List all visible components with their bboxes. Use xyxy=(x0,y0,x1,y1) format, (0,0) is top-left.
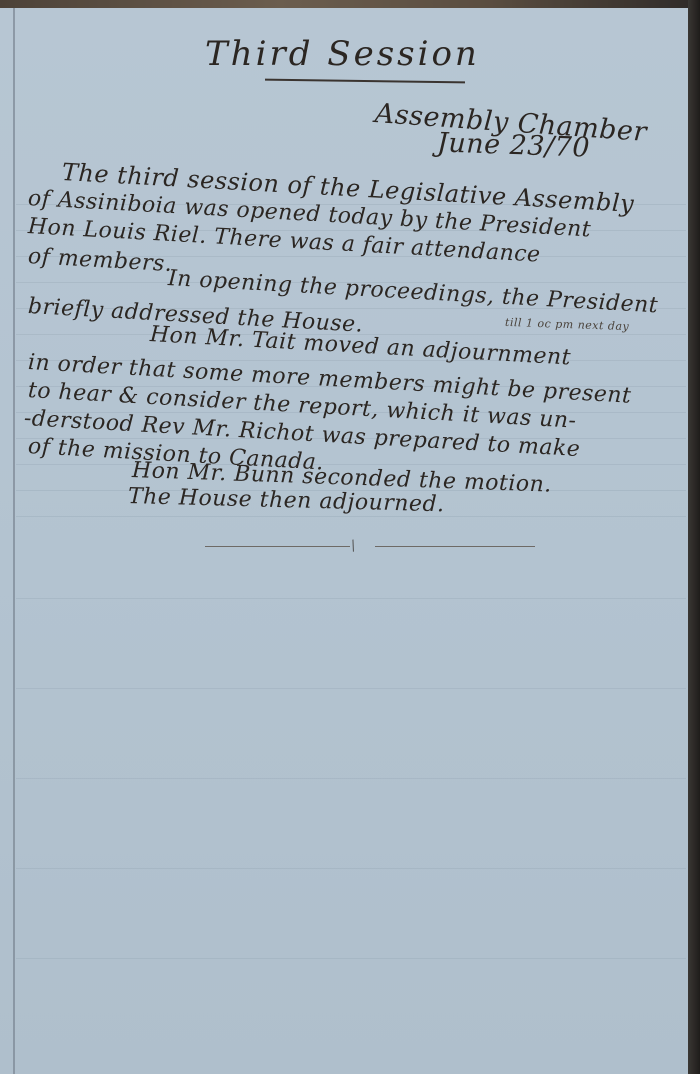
document-title: Third Session xyxy=(205,34,480,74)
end-divider-right xyxy=(375,546,535,547)
ruled-line xyxy=(16,516,686,517)
ledger-page: Third Session Assembly Chamber June 23/7… xyxy=(0,8,691,1074)
book-binding-shadow xyxy=(688,0,700,1074)
ruled-line xyxy=(16,778,686,779)
title-underline xyxy=(265,79,465,84)
end-divider-left xyxy=(205,546,350,547)
ruled-line xyxy=(16,958,686,959)
interlinear-insertion: till 1 oc pm next day xyxy=(505,316,630,333)
ruled-line xyxy=(16,688,686,689)
text-line: of members. xyxy=(27,244,173,277)
date-heading: June 23/70 xyxy=(437,127,591,163)
ruled-line xyxy=(16,868,686,869)
ruled-line xyxy=(16,598,686,599)
end-divider-mark: / xyxy=(348,538,358,555)
page-margin-line xyxy=(13,8,15,1074)
